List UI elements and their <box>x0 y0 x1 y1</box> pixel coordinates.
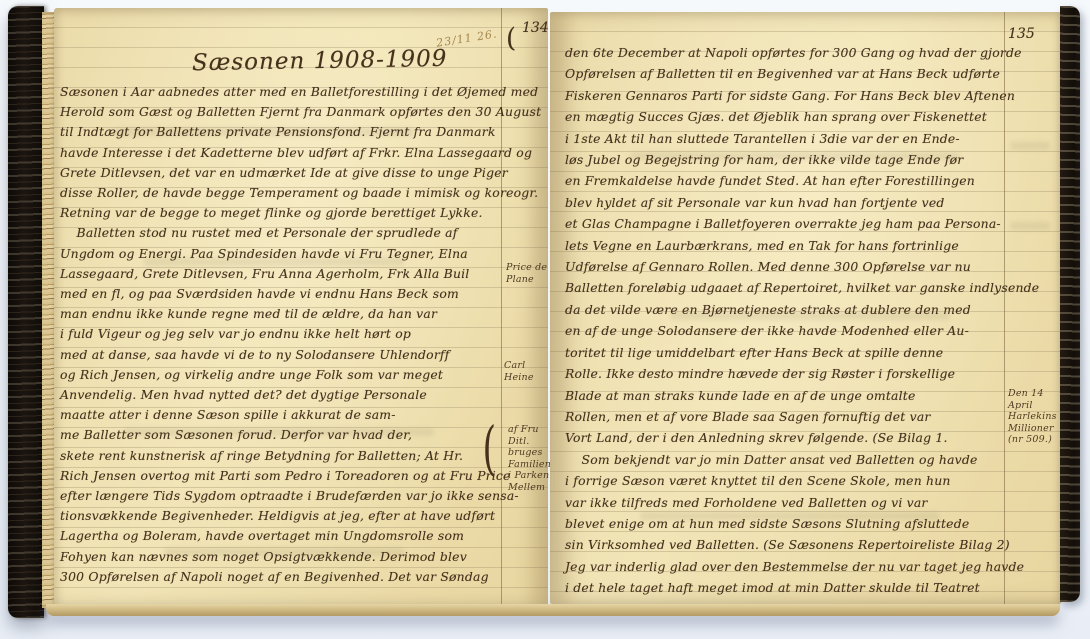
handwritten-line: lets Vegne en Laurbærkrans, med en Tak f… <box>565 235 997 256</box>
margin-note-line: Mellem <box>508 482 551 494</box>
book-bottom-page-edge <box>46 604 1060 616</box>
page-number-paren: ( <box>503 23 519 54</box>
margin-note-fru-ditl: af Fru Ditl.brugesFamilieni ParkenMellem <box>508 424 551 493</box>
bleedthrough-mark <box>1010 142 1050 150</box>
handwritten-line: med en fl, og paa Sværdsiden havde vi en… <box>60 284 498 304</box>
left-page-text: Sæsonen i Aar aabnedes atter med en Ball… <box>60 82 498 587</box>
margin-note-line: i Parken <box>508 470 551 482</box>
right-page: 135 den 6te December at Napoli opførtes … <box>550 12 1062 604</box>
handwritten-line: i det hele taget haft meget imod at min … <box>565 577 997 598</box>
handwritten-line: Anvendelig. Men hvad nytted det? det dyg… <box>60 385 498 405</box>
handwritten-line: Opførelsen af Balletten til en Begivenhe… <box>565 63 997 84</box>
margin-note-price-de-plane: Price dePlane <box>506 262 547 285</box>
handwritten-line: Rich Jensen overtog mit Parti som Pedro … <box>60 466 498 486</box>
handwritten-line: disse Roller, de havde begge Temperament… <box>60 183 498 203</box>
right-page-text: den 6te December at Napoli opførtes for … <box>565 42 997 599</box>
handwritten-line: Herold som Gæst og Balletten Fjernt fra … <box>60 102 498 122</box>
handwritten-line: efter længere Tids Sygdom optraadte i Br… <box>60 486 498 506</box>
margin-note-line: Millioner <box>1008 423 1062 435</box>
handwritten-line: en af de unge Solodansere der ikke havde… <box>565 320 997 341</box>
handwritten-line: Balletten foreløbig udgaaet af Repertoir… <box>565 277 997 298</box>
handwritten-line: maatte atter i denne Sæson spille i akku… <box>60 405 498 425</box>
handwritten-line: i 1ste Akt til han sluttede Tarantellen … <box>565 128 997 149</box>
margin-note-line: Harlekins <box>1008 411 1062 423</box>
handwritten-line: en mægtig Succes Gjæs. det Øjeblik han s… <box>565 106 997 127</box>
handwritten-line: Retning var de begge to meget flinke og … <box>60 203 498 223</box>
margin-note-line: Carl Heine <box>504 360 548 383</box>
handwritten-line: Sæsonen i Aar aabnedes atter med en Ball… <box>60 82 498 102</box>
margin-note-line: Plane <box>506 274 547 286</box>
margin-note-line: Den 14 April <box>1008 388 1062 411</box>
handwritten-line: til Indtægt for Ballettens private Pensi… <box>60 122 498 142</box>
handwritten-line: Grete Ditlevsen, det var en udmærket Ide… <box>60 163 498 183</box>
bleedthrough-mark <box>1010 222 1050 230</box>
handwritten-line: Rolle. Ikke desto mindre hævede der sig … <box>565 363 997 384</box>
handwritten-line: Balletten stod nu rustet med et Personal… <box>60 223 498 243</box>
handwritten-line: blev hyldet af sit Personale var kun hva… <box>565 192 997 213</box>
handwritten-line: me Balletter som Sæsonen forud. Derfor v… <box>60 425 498 445</box>
handwritten-line: en Fremkaldelse havde fundet Sted. At ha… <box>565 170 997 191</box>
handwritten-line: Ungdom og Energi. Paa Spindesiden havde … <box>60 244 498 264</box>
handwritten-line: den 6te December at Napoli opførtes for … <box>565 42 997 63</box>
margin-note-line: Price de <box>506 262 547 274</box>
margin-note-line: (nr 509.) <box>1008 434 1062 446</box>
handwritten-line: Lagertha og Boleram, havde overtaget min… <box>60 526 498 546</box>
handwritten-line: var ikke tilfreds med Forholdene ved Bal… <box>565 492 997 513</box>
handwritten-line: med at danse, saa havde vi de to ny Solo… <box>60 345 498 365</box>
left-page-number: 134 <box>522 20 549 36</box>
handwritten-line: Som bekjendt var jo min Datter ansat ved… <box>565 449 997 470</box>
handwritten-line: da det vilde være en Bjørnetjeneste stra… <box>565 299 997 320</box>
handwritten-line: i forrige Sæson været knyttet til den Sc… <box>565 470 997 491</box>
handwritten-line: 300 Opførelsen af Napoli noget af en Beg… <box>60 567 498 587</box>
handwritten-line: Fiskeren Gennaros Parti for sidste Gang.… <box>565 85 997 106</box>
handwritten-line: Rollen, men et af vore Blade saa Sagen f… <box>565 406 997 427</box>
handwritten-line: Fohyen kan nævnes som noget Opsigtvækken… <box>60 547 498 567</box>
handwritten-line: skete rent kunstnerisk af ringe Betydnin… <box>60 446 498 466</box>
margin-brace-mark: ( <box>483 414 497 482</box>
handwritten-line: Lassegaard, Grete Ditlevsen, Fru Anna Ag… <box>60 264 498 284</box>
handwritten-line: blevet enige om at hun med sidste Sæsons… <box>565 513 997 534</box>
journal-book-spread: 23/11 26. ( 134 Sæsonen 1908-1909 Sæsone… <box>2 0 1084 630</box>
handwritten-line: et Glas Champagne i Balletfoyeren overra… <box>565 213 997 234</box>
handwritten-line: havde Interesse i det Kadetterne blev ud… <box>60 143 498 163</box>
handwritten-line: Vort Land, der i den Anledning skrev føl… <box>565 427 997 448</box>
margin-note-carl-heine: Carl Heine <box>504 360 548 383</box>
handwritten-line: i fuld Vigeur og jeg selv var jo endnu i… <box>60 324 498 344</box>
margin-note-line: af Fru Ditl. <box>508 424 551 447</box>
handwritten-line: Blade at man straks kunde lade en af de … <box>565 385 997 406</box>
season-heading: Sæsonen 1908-1909 <box>192 46 448 76</box>
book-cover-right-edge <box>1060 6 1080 602</box>
margin-note-line: bruges <box>508 447 551 459</box>
handwritten-line: toritet til lige umiddelbart efter Hans … <box>565 342 997 363</box>
handwritten-line: løs Jubel og Begejstring for ham, der ik… <box>565 149 997 170</box>
right-page-number: 135 <box>1008 26 1035 42</box>
handwritten-line: tionsvækkende Begivenheder. Heldigvis at… <box>60 506 498 526</box>
book-spine-page-edges <box>8 6 44 618</box>
handwritten-line: Udførelse af Gennaro Rollen. Med denne 3… <box>565 256 997 277</box>
handwritten-line: man endnu ikke kunde regne med til de æl… <box>60 304 498 324</box>
margin-note-line: Familien <box>508 459 551 471</box>
handwritten-line: Jeg var inderlig glad over den Bestemmel… <box>565 556 997 577</box>
handwritten-line: og Rich Jensen, og virkelig andre unge F… <box>60 365 498 385</box>
left-page: 23/11 26. ( 134 Sæsonen 1908-1909 Sæsone… <box>54 8 548 608</box>
handwritten-line: sin Virksomhed ved Balletten. (Se Sæsone… <box>565 534 997 555</box>
margin-note-harlekins-millioner: Den 14 AprilHarlekinsMillioner(nr 509.) <box>1008 388 1062 446</box>
